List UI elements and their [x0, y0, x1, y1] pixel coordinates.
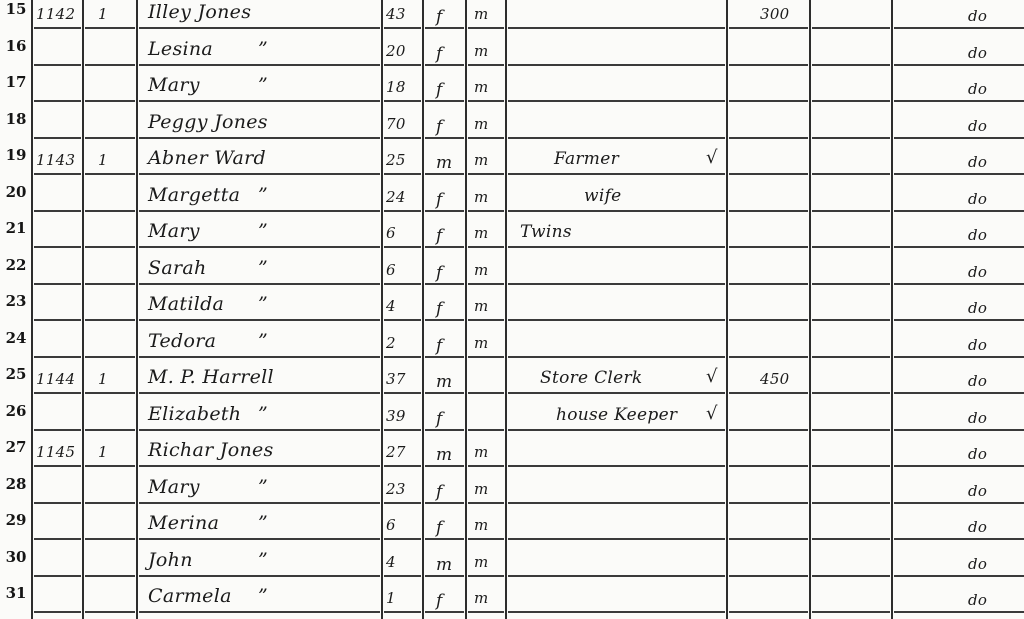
birthplace-cell: do	[968, 44, 987, 62]
birthplace-cell: do	[968, 555, 987, 573]
row-rule	[812, 502, 890, 504]
row-rule	[508, 100, 725, 102]
row-rule	[508, 429, 725, 431]
age-cell: 23	[386, 480, 406, 498]
row-rule	[139, 502, 380, 504]
row-rule	[812, 64, 890, 66]
occupation-cell: wife	[584, 186, 622, 206]
line-number: 24	[1, 329, 31, 347]
row-rule	[425, 538, 464, 540]
column-rule	[505, 0, 507, 619]
row-rule	[34, 283, 81, 285]
color-cell: m	[474, 224, 489, 242]
row-rule	[729, 611, 808, 613]
sex-cell: f	[436, 7, 443, 27]
row-rule	[894, 465, 1024, 467]
row-rule	[508, 502, 725, 504]
column-rule	[136, 0, 138, 619]
birthplace-cell: do	[968, 117, 987, 135]
family-number: 1	[98, 443, 108, 461]
row-rule	[85, 246, 135, 248]
line-number: 30	[1, 548, 31, 566]
occupation-cell: Farmer	[554, 149, 619, 169]
row-rule	[508, 392, 725, 394]
row-rule	[139, 392, 380, 394]
line-number: 18	[1, 110, 31, 128]
row-rule	[425, 210, 464, 212]
row-rule	[729, 465, 808, 467]
row-rule	[139, 246, 380, 248]
row-rule	[384, 319, 421, 321]
column-rule	[422, 0, 424, 619]
row-rule	[508, 356, 725, 358]
column-rule	[809, 0, 811, 619]
row-rule	[508, 246, 725, 248]
row-rule	[384, 465, 421, 467]
row-rule	[85, 502, 135, 504]
row-rule	[34, 27, 81, 29]
row-rule	[384, 27, 421, 29]
row-rule	[468, 429, 504, 431]
sex-cell: f	[436, 226, 443, 246]
row-rule	[425, 137, 464, 139]
row-rule	[468, 137, 504, 139]
row-rule	[894, 137, 1024, 139]
row-rule	[34, 319, 81, 321]
family-number: 1	[98, 5, 108, 23]
occupation-cell: house Keeper	[556, 405, 677, 425]
birthplace-cell: do	[968, 299, 987, 317]
sex-cell: f	[436, 263, 443, 283]
person-name: John”	[148, 549, 348, 571]
row-rule	[468, 356, 504, 358]
row-rule	[812, 611, 890, 613]
color-cell: m	[474, 297, 489, 315]
row-rule	[384, 429, 421, 431]
person-name: Mary”	[148, 220, 348, 242]
row-rule	[729, 575, 808, 577]
row-rule	[729, 429, 808, 431]
row-rule	[812, 575, 890, 577]
birthplace-cell: do	[968, 372, 987, 390]
row-rule	[425, 392, 464, 394]
dwelling-number: 1145	[36, 443, 75, 461]
color-cell: m	[474, 553, 489, 571]
row-rule	[85, 137, 135, 139]
row-rule	[139, 173, 380, 175]
color-cell: m	[474, 480, 489, 498]
row-rule	[729, 283, 808, 285]
row-rule	[139, 64, 380, 66]
sex-cell: f	[436, 591, 443, 611]
birthplace-cell: do	[968, 445, 987, 463]
row-rule	[34, 356, 81, 358]
age-cell: 6	[386, 224, 396, 242]
person-name: Peggy Jones	[148, 111, 268, 133]
row-rule	[85, 210, 135, 212]
row-rule	[729, 210, 808, 212]
real-estate-value: 450	[760, 370, 790, 388]
row-rule	[425, 575, 464, 577]
row-rule	[425, 173, 464, 175]
age-cell: 20	[386, 42, 406, 60]
age-cell: 1	[386, 589, 396, 607]
row-rule	[508, 319, 725, 321]
row-rule	[425, 465, 464, 467]
row-rule	[812, 429, 890, 431]
column-rule	[726, 0, 728, 619]
sex-cell: f	[436, 80, 443, 100]
line-number: 25	[1, 365, 31, 383]
age-cell: 6	[386, 516, 396, 534]
sex-cell: m	[436, 445, 452, 465]
row-rule	[384, 575, 421, 577]
row-rule	[729, 356, 808, 358]
birthplace-cell: do	[968, 518, 987, 536]
row-rule	[508, 575, 725, 577]
row-rule	[729, 27, 808, 29]
row-rule	[384, 210, 421, 212]
row-rule	[425, 429, 464, 431]
row-rule	[139, 611, 380, 613]
birthplace-cell: do	[968, 263, 987, 281]
row-rule	[468, 173, 504, 175]
row-rule	[34, 538, 81, 540]
row-rule	[34, 392, 81, 394]
row-rule	[384, 538, 421, 540]
row-rule	[85, 356, 135, 358]
color-cell: m	[474, 516, 489, 534]
row-rule	[85, 173, 135, 175]
row-rule	[85, 283, 135, 285]
row-rule	[894, 210, 1024, 212]
person-name: Lesina”	[148, 38, 348, 60]
sex-cell: f	[436, 44, 443, 64]
person-name: Carmela”	[148, 585, 348, 607]
row-rule	[425, 502, 464, 504]
row-rule	[34, 173, 81, 175]
row-rule	[508, 538, 725, 540]
row-rule	[34, 246, 81, 248]
line-number: 15	[1, 0, 31, 18]
row-rule	[894, 64, 1024, 66]
sex-cell: f	[436, 482, 443, 502]
row-rule	[894, 392, 1024, 394]
row-rule	[34, 575, 81, 577]
row-rule	[384, 502, 421, 504]
birthplace-cell: do	[968, 153, 987, 171]
row-rule	[139, 429, 380, 431]
row-rule	[384, 356, 421, 358]
row-rule	[139, 356, 380, 358]
row-rule	[468, 27, 504, 29]
row-rule	[468, 283, 504, 285]
color-cell: m	[474, 78, 489, 96]
row-rule	[384, 283, 421, 285]
line-number: 28	[1, 475, 31, 493]
check-mark: √	[706, 366, 718, 387]
family-number: 1	[98, 370, 108, 388]
age-cell: 39	[386, 407, 406, 425]
birthplace-cell: do	[968, 482, 987, 500]
row-rule	[468, 575, 504, 577]
row-rule	[468, 100, 504, 102]
age-cell: 43	[386, 5, 406, 23]
person-name: Elizabeth”	[148, 403, 348, 425]
occupation-cell: Twins	[520, 222, 572, 242]
row-rule	[384, 611, 421, 613]
row-rule	[425, 100, 464, 102]
row-rule	[729, 319, 808, 321]
dwelling-number: 1143	[36, 151, 75, 169]
line-number: 20	[1, 183, 31, 201]
real-estate-value: 300	[760, 5, 790, 23]
birthplace-cell: do	[968, 190, 987, 208]
row-rule	[139, 27, 380, 29]
person-name: Margetta”	[148, 184, 348, 206]
row-rule	[425, 27, 464, 29]
row-rule	[729, 246, 808, 248]
row-rule	[425, 246, 464, 248]
age-cell: 4	[386, 297, 396, 315]
person-name: Mary”	[148, 74, 348, 96]
age-cell: 37	[386, 370, 406, 388]
row-rule	[85, 538, 135, 540]
row-rule	[508, 283, 725, 285]
color-cell: m	[474, 443, 489, 461]
line-number: 27	[1, 438, 31, 456]
birthplace-cell: do	[968, 80, 987, 98]
row-rule	[139, 465, 380, 467]
birthplace-cell: do	[968, 409, 987, 427]
dwelling-number: 1142	[36, 5, 75, 23]
line-number: 29	[1, 511, 31, 529]
row-rule	[894, 283, 1024, 285]
row-rule	[139, 538, 380, 540]
sex-cell: m	[436, 153, 452, 173]
row-rule	[85, 611, 135, 613]
row-rule	[894, 611, 1024, 613]
row-rule	[34, 64, 81, 66]
row-rule	[894, 173, 1024, 175]
birthplace-cell: do	[968, 591, 987, 609]
line-number: 31	[1, 584, 31, 602]
row-rule	[468, 210, 504, 212]
column-rule	[381, 0, 383, 619]
row-rule	[468, 502, 504, 504]
row-rule	[812, 319, 890, 321]
age-cell: 27	[386, 443, 406, 461]
row-rule	[894, 502, 1024, 504]
age-cell: 18	[386, 78, 406, 96]
row-rule	[729, 502, 808, 504]
sex-cell: f	[436, 409, 443, 429]
age-cell: 6	[386, 261, 396, 279]
row-rule	[508, 64, 725, 66]
person-name: Tedora”	[148, 330, 348, 352]
row-rule	[85, 465, 135, 467]
row-rule	[384, 137, 421, 139]
row-rule	[508, 27, 725, 29]
row-rule	[894, 538, 1024, 540]
age-cell: 4	[386, 553, 396, 571]
row-rule	[468, 611, 504, 613]
color-cell: m	[474, 188, 489, 206]
color-cell: m	[474, 151, 489, 169]
row-rule	[34, 465, 81, 467]
person-name: Matilda”	[148, 293, 348, 315]
row-rule	[812, 356, 890, 358]
row-rule	[508, 465, 725, 467]
row-rule	[812, 538, 890, 540]
row-rule	[894, 429, 1024, 431]
row-rule	[729, 538, 808, 540]
row-rule	[729, 173, 808, 175]
row-rule	[508, 611, 725, 613]
column-rule	[891, 0, 893, 619]
row-rule	[729, 64, 808, 66]
row-rule	[508, 173, 725, 175]
sex-cell: f	[436, 117, 443, 137]
sex-cell: m	[436, 372, 452, 392]
color-cell: m	[474, 115, 489, 133]
line-number: 26	[1, 402, 31, 420]
person-name: Richar Jones	[148, 439, 274, 461]
color-cell: m	[474, 589, 489, 607]
row-rule	[468, 538, 504, 540]
sex-cell: f	[436, 299, 443, 319]
color-cell: m	[474, 42, 489, 60]
row-rule	[812, 210, 890, 212]
row-rule	[139, 319, 380, 321]
row-rule	[85, 392, 135, 394]
line-number: 17	[1, 73, 31, 91]
row-rule	[812, 173, 890, 175]
row-rule	[85, 429, 135, 431]
row-rule	[384, 392, 421, 394]
age-cell: 70	[386, 115, 406, 133]
row-rule	[812, 465, 890, 467]
person-name: Mary”	[148, 476, 348, 498]
row-rule	[85, 64, 135, 66]
birthplace-cell: do	[968, 226, 987, 244]
person-name: Merina”	[148, 512, 348, 534]
age-cell: 24	[386, 188, 406, 206]
row-rule	[34, 210, 81, 212]
row-rule	[812, 100, 890, 102]
row-rule	[34, 611, 81, 613]
birthplace-cell: do	[968, 336, 987, 354]
row-rule	[34, 429, 81, 431]
row-rule	[85, 27, 135, 29]
row-rule	[468, 246, 504, 248]
sex-cell: f	[436, 336, 443, 356]
row-rule	[384, 100, 421, 102]
row-rule	[468, 392, 504, 394]
row-rule	[894, 246, 1024, 248]
row-rule	[139, 100, 380, 102]
row-rule	[139, 210, 380, 212]
row-rule	[468, 465, 504, 467]
line-number: 16	[1, 37, 31, 55]
age-cell: 2	[386, 334, 396, 352]
line-number: 22	[1, 256, 31, 274]
row-rule	[139, 575, 380, 577]
row-rule	[812, 27, 890, 29]
row-rule	[729, 100, 808, 102]
row-rule	[139, 137, 380, 139]
row-rule	[894, 27, 1024, 29]
row-rule	[384, 64, 421, 66]
row-rule	[894, 100, 1024, 102]
row-rule	[894, 356, 1024, 358]
row-rule	[85, 319, 135, 321]
sex-cell: m	[436, 555, 452, 575]
row-rule	[812, 283, 890, 285]
person-name: Abner Ward	[148, 147, 266, 169]
row-rule	[894, 575, 1024, 577]
row-rule	[139, 283, 380, 285]
line-number: 19	[1, 146, 31, 164]
row-rule	[812, 392, 890, 394]
row-rule	[812, 137, 890, 139]
color-cell: m	[474, 334, 489, 352]
row-rule	[894, 319, 1024, 321]
check-mark: √	[706, 147, 718, 168]
family-number: 1	[98, 151, 108, 169]
color-cell: m	[474, 261, 489, 279]
birthplace-cell: do	[968, 7, 987, 25]
row-rule	[508, 210, 725, 212]
row-rule	[425, 64, 464, 66]
column-rule	[465, 0, 467, 619]
person-name: M. P. Harrell	[148, 366, 274, 388]
row-rule	[34, 502, 81, 504]
color-cell: m	[474, 5, 489, 23]
occupation-cell: Store Clerk	[540, 368, 643, 388]
row-rule	[85, 100, 135, 102]
row-rule	[812, 246, 890, 248]
row-rule	[729, 392, 808, 394]
column-rule	[82, 0, 84, 619]
row-rule	[508, 137, 725, 139]
row-rule	[729, 137, 808, 139]
row-rule	[384, 246, 421, 248]
dwelling-number: 1144	[36, 370, 75, 388]
row-rule	[384, 173, 421, 175]
row-rule	[34, 100, 81, 102]
sex-cell: f	[436, 518, 443, 538]
row-rule	[468, 319, 504, 321]
row-rule	[85, 575, 135, 577]
row-rule	[425, 283, 464, 285]
row-rule	[468, 64, 504, 66]
person-name: Illey Jones	[148, 1, 251, 23]
check-mark: √	[706, 403, 718, 424]
line-number: 23	[1, 292, 31, 310]
age-cell: 25	[386, 151, 406, 169]
sex-cell: f	[436, 190, 443, 210]
row-rule	[425, 356, 464, 358]
row-rule	[34, 137, 81, 139]
census-page: 1511421Illey Jones43fm300do16Lesina”20fm…	[0, 0, 1024, 619]
line-number: 21	[1, 219, 31, 237]
row-rule	[425, 611, 464, 613]
column-rule	[31, 0, 33, 619]
person-name: Sarah”	[148, 257, 348, 279]
row-rule	[425, 319, 464, 321]
